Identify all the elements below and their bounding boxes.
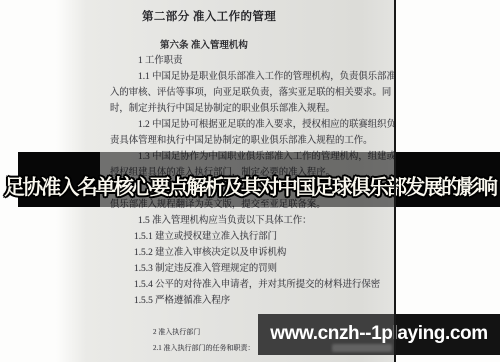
document-line: 责具体管理和执行中国足协制定的职业俱乐部准入规程的工作。 xyxy=(110,133,402,149)
document-line: 1.5.5 严格遵循准入程序 xyxy=(110,293,402,309)
document-line: 1.5.3 制定违反准入管理规定的罚则 xyxy=(110,261,402,277)
banner-title: 足协准入名单核心要点解析及其对中国足球俱乐部发展的影响 xyxy=(0,170,500,200)
page-border-line xyxy=(394,0,396,362)
document-line: 1.5.1 建立或授权建立准入执行部门 xyxy=(110,229,402,245)
document-line: 1 工作职责 xyxy=(110,53,402,69)
faint-logo-watermark xyxy=(332,344,392,352)
watermark-box: www.cnzh--1playing.com xyxy=(258,314,500,355)
document-line: 入的审核、评估等事项，向亚足联负责，落实亚足联的相关要求。同 xyxy=(110,85,402,101)
document-line: 1.5.2 建立准入审核决定以及申诉机构 xyxy=(110,245,402,261)
screenshot-canvas: 第二部分 准入工作的管理 第六条 准入管理机构 1 工作职责1.1 中国足协是职… xyxy=(0,0,500,362)
part-title: 第二部分 准入工作的管理 xyxy=(142,8,276,24)
document-line: 1.5.4 公平的对待准入申请者，并对其所提交的材料进行保密 xyxy=(110,277,402,293)
article-title: 第六条 准入管理机构 xyxy=(160,37,248,51)
document-line: 1.1 中国足协是职业俱乐部准入工作的管理机构，负责俱乐部准 xyxy=(110,69,402,85)
document-line: 1.2 中国足协可根据亚足联的准入要求，授权相应的联赛组织负 xyxy=(110,117,402,133)
document-line: 1.5 准入管理机构应当负责以下具体工作： xyxy=(110,213,402,229)
document-line: 时，制定并执行中国足协制定的职业俱乐部准入规程。 xyxy=(110,101,402,117)
